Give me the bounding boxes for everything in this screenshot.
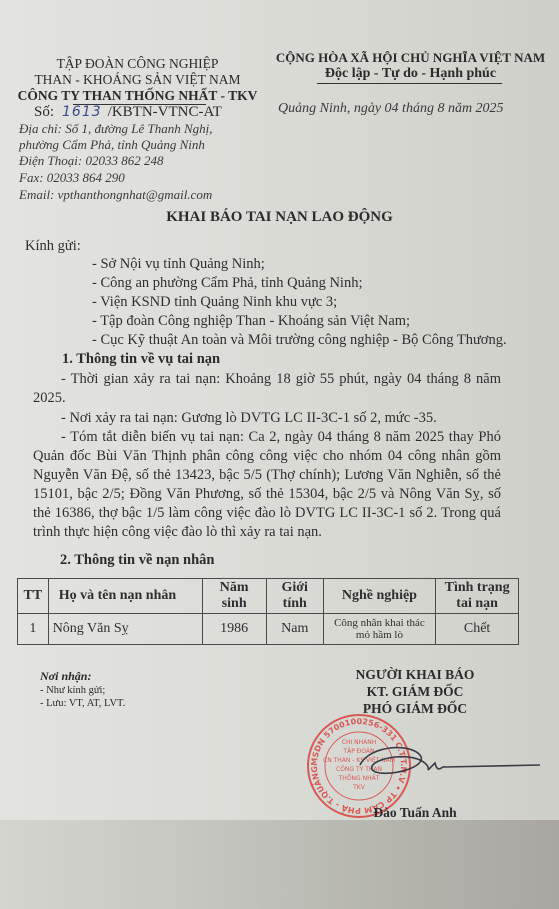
section2-heading: 2. Thông tin về nạn nhân [60, 552, 214, 569]
recipients-footer-item: - Lưu: VT, AT, LVT. [40, 698, 125, 709]
recipient-item: - Cục Kỹ thuật An toàn và Môi trường côn… [92, 332, 507, 349]
doc-number-handwritten: 1613 [62, 104, 102, 120]
accident-summary: - Tóm tắt diễn biến vụ tai nạn: Ca 2, ng… [33, 428, 501, 542]
recipient-item: - Công an phường Cẩm Phả, tỉnh Quảng Nin… [92, 275, 362, 292]
handwritten-signature-icon [350, 735, 550, 795]
accident-place-text: - Nơi xảy ra tai nạn: Gương lò DVTG LC I… [61, 410, 437, 426]
company-name: CÔNG TY THAN THỐNG NHẤT - TKV [0, 88, 275, 104]
col-header-birth-year: Năm sinh [202, 579, 266, 614]
victim-table: TT Họ và tên nạn nhân Năm sinh Giới tính… [17, 578, 519, 645]
place-date: Quảng Ninh, ngày 04 tháng 8 năm 2025 [278, 101, 504, 117]
accident-summary-text: - Tóm tắt diễn biến vụ tai nạn: Ca 2, ng… [33, 429, 501, 540]
phone: Điện Thoại: 02033 862 248 [19, 153, 163, 169]
col-header-name: Họ và tên nạn nhân [48, 579, 202, 614]
address-line2: phường Cẩm Phả, tỉnh Quảng Ninh [19, 137, 205, 153]
address-line1: Địa chỉ: Số 1, đường Lê Thanh Nghị, [19, 121, 213, 137]
recipient-item: - Sở Nội vụ tỉnh Quảng Ninh; [92, 256, 265, 273]
col-header-occupation: Nghề nghiệp [323, 579, 436, 614]
cell-name: Nông Văn Sỵ [48, 614, 202, 645]
recipient-item: - Viện KSND tỉnh Quảng Ninh khu vực 3; [92, 294, 337, 311]
doc-number-suffix: /KBTN-VTNC-AT [108, 104, 222, 120]
motto-underline [317, 83, 502, 84]
col-header-tt: TT [18, 579, 49, 614]
signer-name: Đào Tuấn Anh [300, 805, 530, 821]
section1-heading: 1. Thông tin về vụ tai nạn [62, 351, 220, 368]
photo-shadow [0, 820, 559, 909]
fax: Fax: 02033 864 290 [19, 170, 125, 186]
cell-status: Chết [436, 614, 519, 645]
signer-authority: KT. GIÁM ĐỐC [300, 684, 530, 700]
doc-number-label: Số: [34, 104, 54, 120]
nation-name: CỘNG HÒA XÃ HỘI CHỦ NGHĨA VIỆT NAM [262, 50, 559, 66]
document-number: Số:1613/KBTN-VTNC-AT [34, 104, 222, 121]
cell-birth-year: 1986 [202, 614, 266, 645]
table-row: 1 Nông Văn Sỵ 1986 Nam Công nhân khai th… [18, 614, 519, 645]
cell-occupation: Công nhân khai thác mỏ hầm lò [323, 614, 436, 645]
email: Email: vpthanthongnhat@gmail.com [19, 187, 212, 203]
table-header-row: TT Họ và tên nạn nhân Năm sinh Giới tính… [18, 579, 519, 614]
parent-org-line1: TẬP ĐOÀN CÔNG NGHIỆP [0, 56, 275, 72]
cell-tt: 1 [18, 614, 49, 645]
national-motto: Độc lập - Tự do - Hạnh phúc [262, 66, 559, 82]
accident-place: - Nơi xảy ra tai nạn: Gương lò DVTG LC I… [33, 409, 501, 428]
parent-org-line2: THAN - KHOÁNG SẢN VIỆT NAM [0, 72, 275, 88]
accident-time-text: - Thời gian xảy ra tai nạn: Khoảng 18 gi… [33, 371, 501, 406]
recipients-footer-item: - Như kính gửi; [40, 685, 105, 696]
document-title: KHAI BÁO TAI NẠN LAO ĐỘNG [0, 209, 559, 226]
recipient-item: - Tập đoàn Công nghiệp Than - Khoáng sản… [92, 313, 410, 330]
recipients-footer-label: Nơi nhận: [40, 669, 91, 684]
signer-role: NGƯỜI KHAI BÁO [300, 667, 530, 683]
col-header-gender: Giới tính [266, 579, 323, 614]
accident-time: - Thời gian xảy ra tai nạn: Khoảng 18 gi… [33, 370, 501, 408]
col-header-status: Tình trạng tai nạn [436, 579, 519, 614]
addressee-label: Kính gửi: [25, 238, 81, 255]
cell-gender: Nam [266, 614, 323, 645]
